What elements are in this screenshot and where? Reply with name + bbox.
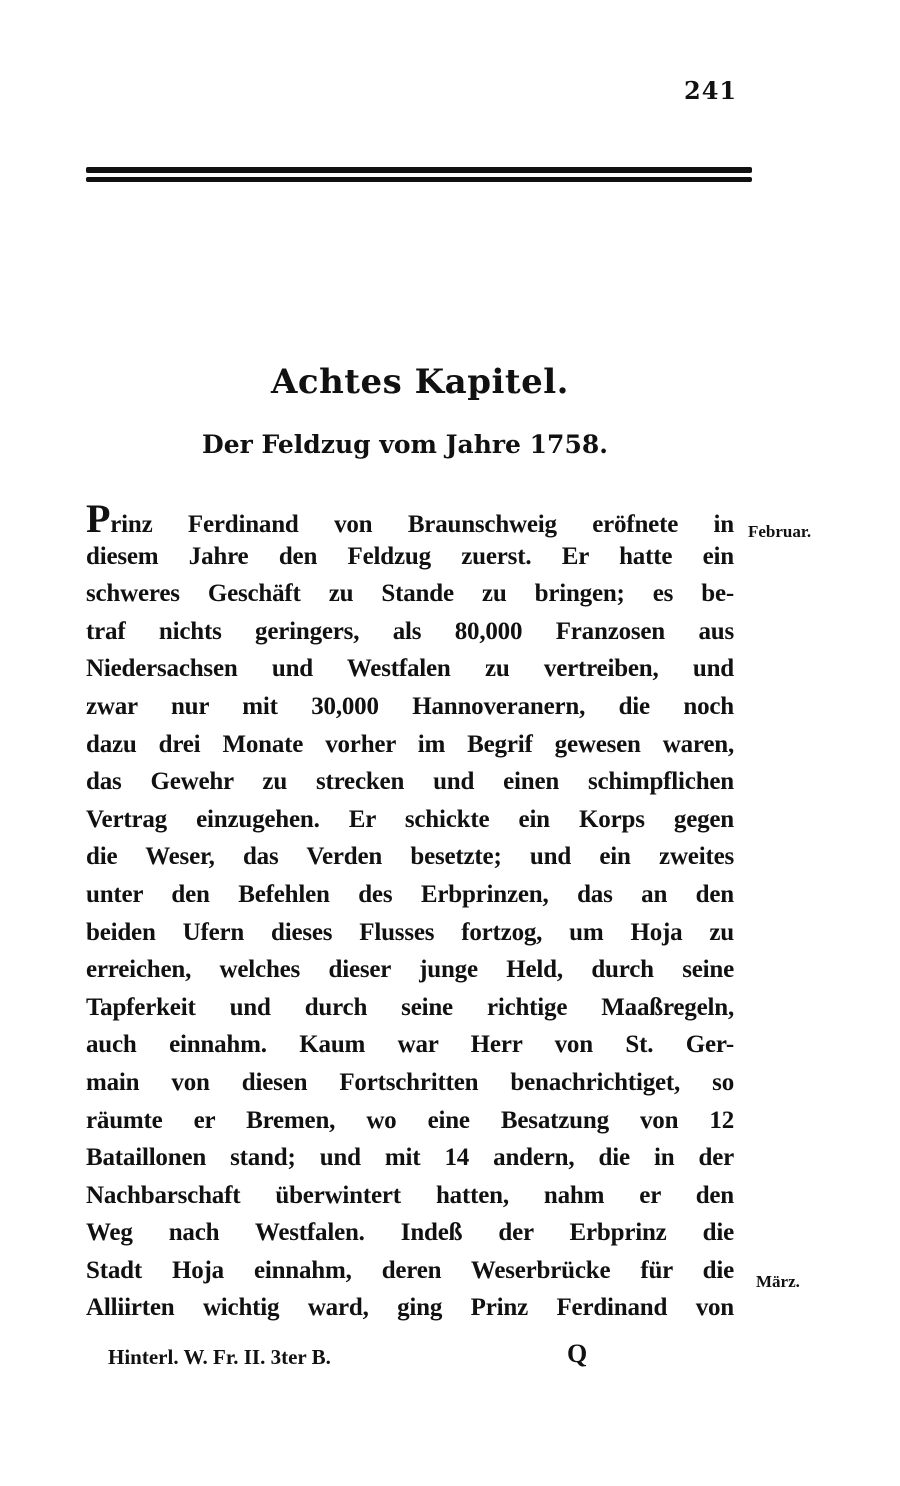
text-line: main von diesen Fortschritten benachrich… — [86, 1064, 734, 1102]
text-line: schweres Geschäft zu Stande zu bringen; … — [86, 575, 734, 613]
text-line: Vertrag einzugehen. Er schickte ein Korp… — [86, 801, 734, 839]
text-line: dazu drei Monate vorher im Begrif gewese… — [86, 726, 734, 764]
text-line: traf nichts geringers, als 80,000 Franzo… — [86, 613, 734, 651]
text-line: Tapferkeit und durch seine richtige Maaß… — [86, 989, 734, 1027]
header-rule-top — [86, 167, 752, 173]
body-text: Prinz Ferdinand von Braunschweig eröfnet… — [86, 500, 734, 1327]
text-line: beiden Ufern dieses Flusses fortzog, um … — [86, 914, 734, 952]
text-line: unter den Befehlen des Erbprinzen, das a… — [86, 876, 734, 914]
text-line: Stadt Hoja einnahm, deren Weserbrücke fü… — [86, 1252, 734, 1290]
text-line: erreichen, welches dieser junge Held, du… — [86, 951, 734, 989]
text-line: Nachbarschaft überwintert hatten, nahm e… — [86, 1177, 734, 1215]
text-line: Niedersachsen und Westfalen zu vertreibe… — [86, 650, 734, 688]
margin-note-february: Februar. — [748, 522, 811, 542]
header-rule-bottom — [86, 177, 752, 182]
text-line: diesem Jahre den Feldzug zuerst. Er hatt… — [86, 538, 734, 576]
text-line: Alliirten wichtig ward, ging Prinz Ferdi… — [86, 1289, 734, 1327]
text-line: Weg nach Westfalen. Indeß der Erbprinz d… — [86, 1214, 734, 1252]
text-line: räumte er Bremen, wo eine Besatzung von … — [86, 1102, 734, 1140]
footer-signature-mark: Q — [567, 1339, 587, 1369]
text-line: Prinz Ferdinand von Braunschweig eröfnet… — [86, 500, 734, 538]
text-line: Bataillonen stand; und mit 14 andern, di… — [86, 1139, 734, 1177]
text-line: auch einnahm. Kaum war Herr von St. Ger- — [86, 1026, 734, 1064]
text-line: die Weser, das Verden besetzte; und ein … — [86, 838, 734, 876]
chapter-subtitle: Der Feldzug vom Jahre 1758. — [0, 430, 790, 459]
page-number: 241 — [684, 76, 737, 105]
text-line: zwar nur mit 30,000 Hannoveranern, die n… — [86, 688, 734, 726]
margin-note-march: März. — [756, 1272, 800, 1292]
text-line: das Gewehr zu strecken und einen schimpf… — [86, 763, 734, 801]
footer-signature: Hinterl. W. Fr. II. 3ter B. — [108, 1345, 331, 1370]
chapter-title: Achtes Kapitel. — [0, 362, 790, 402]
